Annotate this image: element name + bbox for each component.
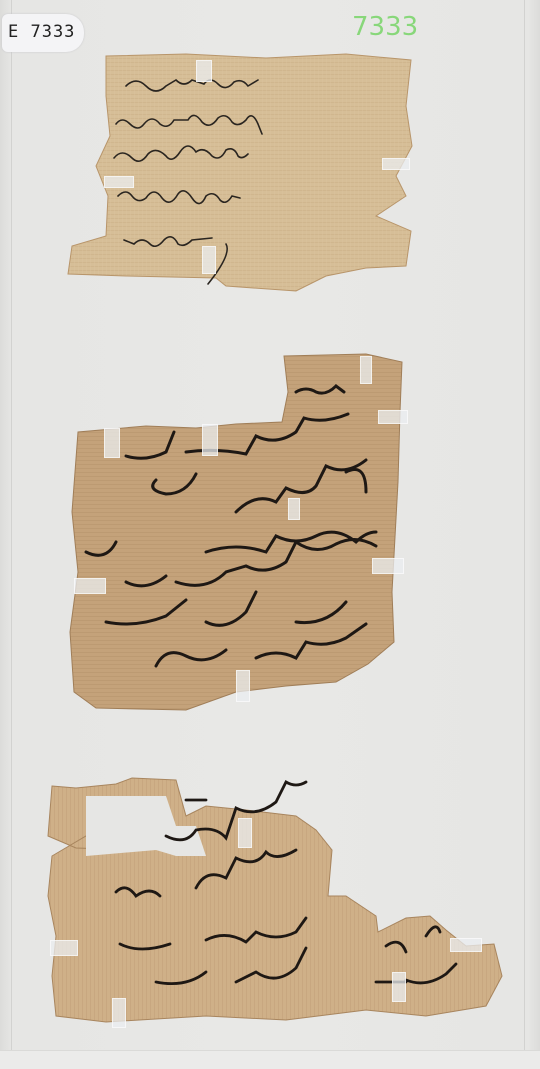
mounting-tape	[392, 972, 406, 1002]
mounting-tape	[382, 158, 410, 170]
mounting-tape	[288, 498, 300, 520]
mounting-tape	[104, 428, 120, 458]
mounting-tape	[50, 940, 78, 956]
inventory-number: 7333	[352, 12, 418, 42]
frame-edge-bottom	[0, 1050, 540, 1069]
mounting-tape	[238, 818, 252, 848]
frame-edge-left	[11, 0, 12, 1069]
mounting-tape	[202, 246, 216, 274]
mounting-tape	[74, 578, 106, 594]
mounting-tape	[112, 998, 126, 1028]
label-text: E 7333	[8, 22, 75, 42]
papyrus-fragment-top	[66, 46, 416, 296]
mounting-tape	[202, 424, 218, 456]
papyrus-fragment-bottom	[46, 776, 512, 1026]
mounting-tape	[104, 176, 134, 188]
mounting-tape	[378, 410, 408, 424]
mounting-tape	[360, 356, 372, 384]
mounting-tape	[236, 670, 250, 702]
mounting-tape	[450, 938, 482, 952]
papyrus-fragment-middle	[66, 352, 408, 714]
frame-edge-right	[524, 0, 525, 1069]
mounting-tape	[196, 60, 212, 82]
mounting-tape	[372, 558, 404, 574]
